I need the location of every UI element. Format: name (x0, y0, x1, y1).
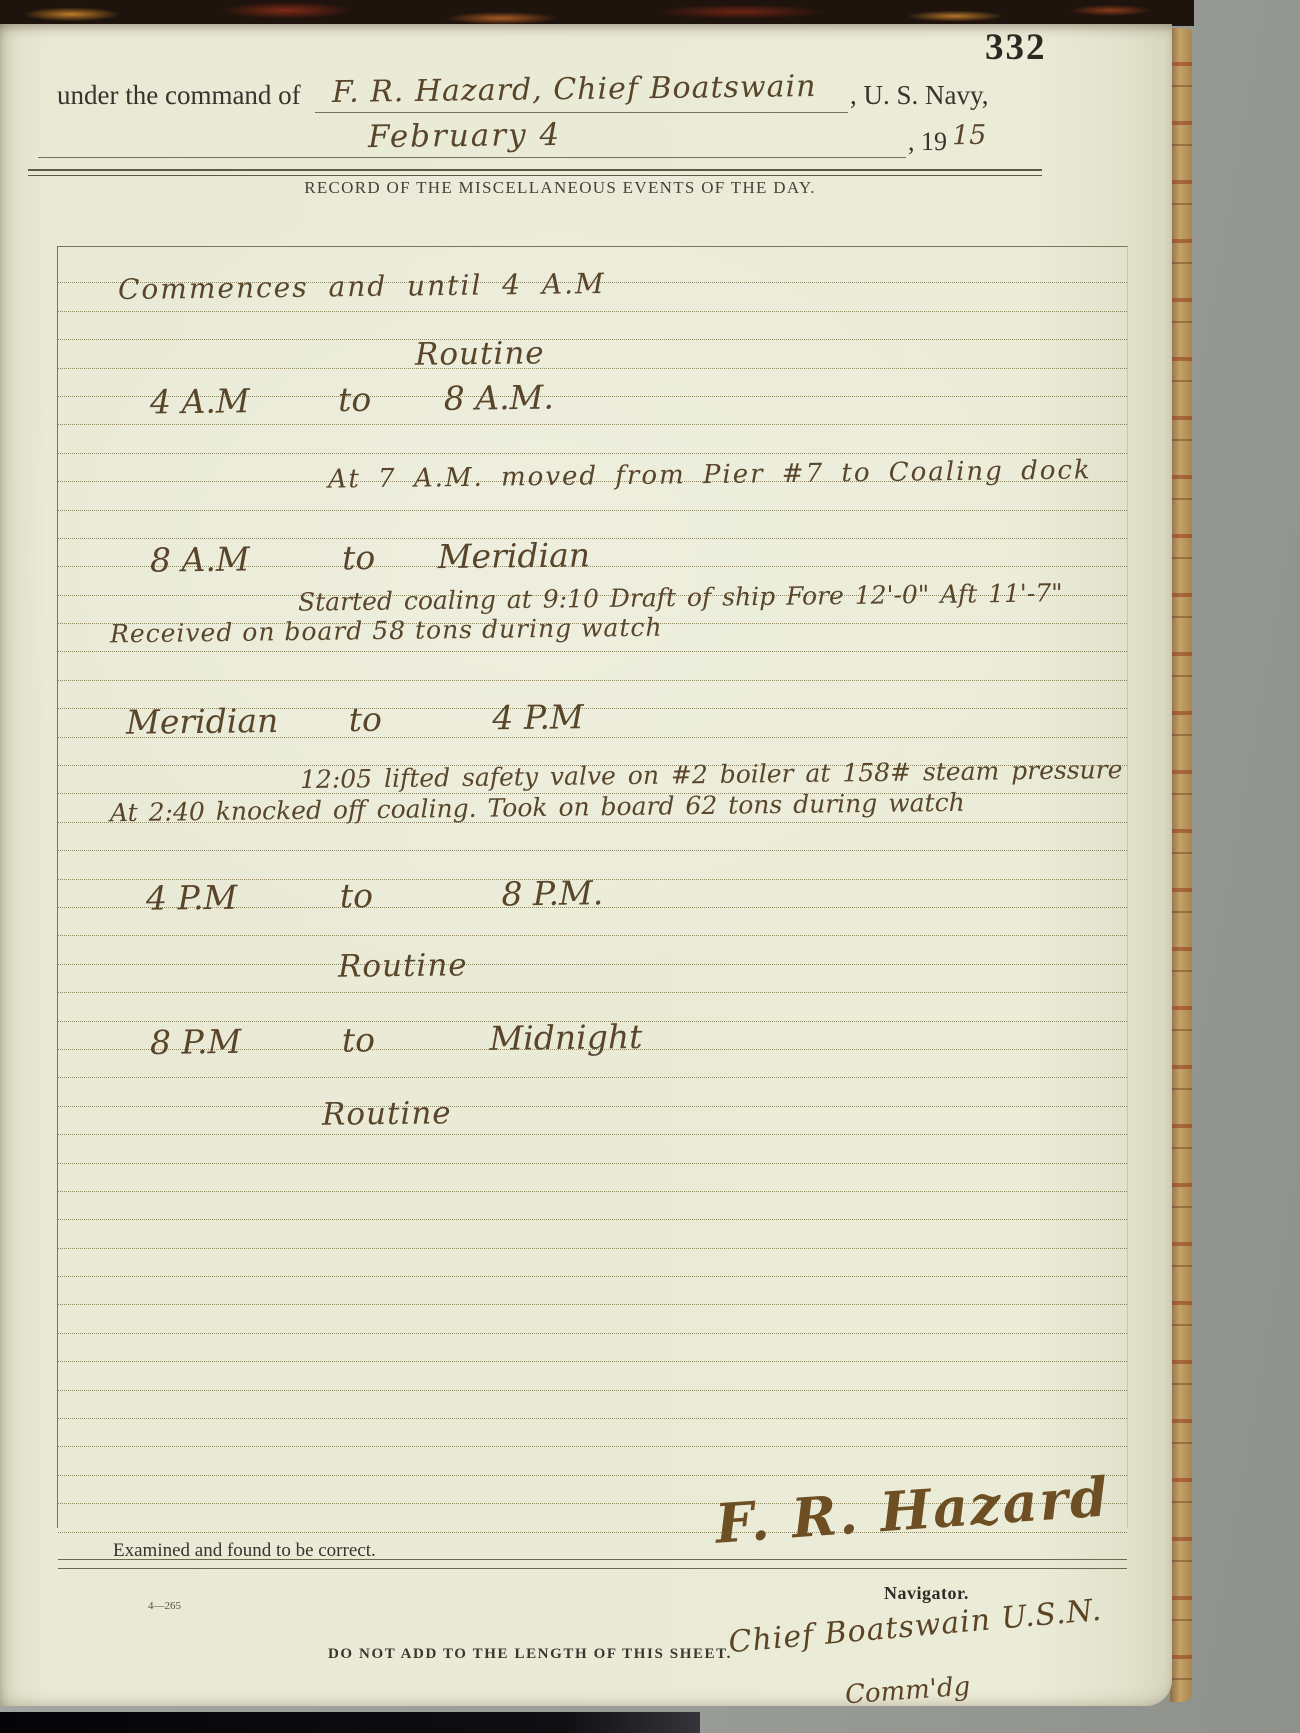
watch-start: 8 P.M (150, 1022, 242, 1062)
log-entry-watch-4am-8am: 4 A.M to 8 A.M. (150, 378, 554, 422)
watch-end: 8 A.M. (444, 378, 555, 418)
date-underline (38, 157, 906, 158)
header-double-rule (28, 169, 1042, 176)
watch-end: Midnight (489, 1017, 642, 1058)
examined-note: Examined and found to be correct. (113, 1540, 376, 1562)
watch-start: 4 P.M (146, 878, 238, 918)
page-number: 332 (985, 26, 1047, 69)
date-handwritten: February 4 (368, 117, 562, 155)
watch-start: Meridian (126, 701, 279, 742)
watch-to: to (349, 700, 383, 739)
watch-to: to (342, 538, 376, 577)
watch-start: 4 A.M (150, 381, 250, 421)
scanned-logbook-photo: 332 under the command of F. R. Hazard, C… (0, 0, 1300, 1733)
navigator-title-label: Navigator. (884, 1583, 969, 1604)
log-entry-watch-4pm-8pm: 4 P.M to 8 P.M. (146, 873, 604, 918)
book-page-edges (1170, 28, 1192, 1702)
watch-to: to (340, 876, 374, 915)
book-binding-top-edge (0, 0, 1194, 26)
log-entry-commences: Commences and until 4 A.M (118, 267, 606, 306)
navy-suffix-label: , U. S. Navy, (850, 80, 989, 111)
watch-to: to (338, 380, 372, 419)
log-entry-routine-3: Routine (322, 1095, 452, 1133)
logbook-page: 332 under the command of F. R. Hazard, C… (0, 24, 1172, 1706)
watch-end: 4 P.M (492, 697, 584, 737)
year-printed-label: , 19 (908, 127, 947, 157)
do-not-add-note: DO NOT ADD TO THE LENGTH OF THIS SHEET. (300, 1646, 760, 1663)
watch-start: 8 A.M (150, 539, 250, 579)
table-surface (0, 1712, 700, 1733)
year-handwritten: 15 (952, 120, 987, 151)
watch-end: Meridian (438, 535, 591, 576)
log-entry-watch-8pm-midnight: 8 P.M to Midnight (150, 1017, 643, 1062)
commander-underline (315, 112, 848, 113)
commander-name-handwritten: F. R. Hazard, Chief Boatswain (332, 69, 817, 110)
watch-end: 8 P.M. (501, 873, 603, 913)
log-entry-routine-1: Routine (415, 335, 545, 373)
watch-to: to (342, 1020, 376, 1059)
log-entry-watch-meridian-4pm: Meridian to 4 P.M (126, 697, 584, 742)
log-entry-routine-2: Routine (338, 947, 468, 985)
commanding-abbreviation-handwritten: Comm'dg (844, 1672, 971, 1711)
command-prefix-label: under the command of (57, 80, 301, 111)
section-title: RECORD OF THE MISCELLANEOUS EVENTS OF TH… (40, 178, 1080, 198)
form-number: 4—265 (148, 1600, 181, 1612)
log-entry-watch-8am-meridian: 8 A.M to Meridian (150, 535, 590, 579)
